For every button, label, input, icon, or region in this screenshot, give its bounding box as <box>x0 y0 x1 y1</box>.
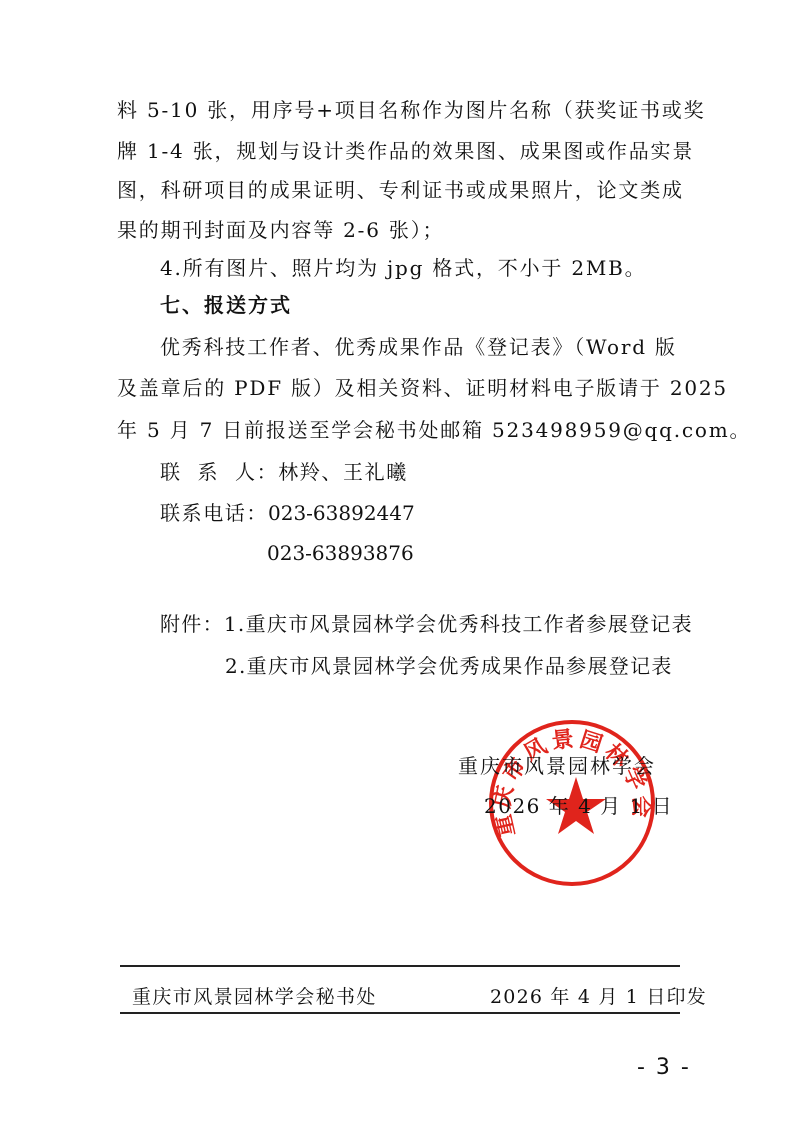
contact-person: 联 系 人：林羚、王礼曦 <box>160 452 408 492</box>
contact-person-names: 林羚、王礼曦 <box>278 460 408 484</box>
body-text-line: 果的期刊封面及内容等 2-6 张）； <box>117 210 672 250</box>
footer-issuer: 重庆市风景园林学会秘书处 <box>132 977 377 1017</box>
signature-organization: 重庆市风景园林学会 <box>458 746 656 786</box>
contact-phone-1: 023-63892447 <box>268 501 415 525</box>
attachment-item-1: 1.重庆市风景园林学会优秀科技工作者参展登记表 <box>224 612 693 636</box>
attachment-label: 附件： <box>160 612 224 636</box>
section-heading: 七、报送方式 <box>160 285 672 325</box>
contact-person-label: 联 系 人： <box>160 460 278 484</box>
body-text-line: 年 5 月 7 日前报送至学会秘书处邮箱 523498959@qq.com。 <box>117 410 672 450</box>
contact-phone-label: 联系电话： <box>160 501 268 525</box>
body-text-line: 及盖章后的 PDF 版）及相关资料、证明材料电子版请于 2025 <box>117 368 672 408</box>
body-text-line: 料 5-10 张，用序号+项目名称作为图片名称（获奖证书或奖 <box>117 90 672 130</box>
attachment-list: 附件：1.重庆市风景园林学会优秀科技工作者参展登记表 <box>160 604 693 644</box>
footer-top-rule <box>120 965 680 967</box>
attachment-item-2: 2.重庆市风景园林学会优秀成果作品参展登记表 <box>225 646 673 686</box>
body-text-line: 图，科研项目的成果证明、专利证书或成果照片，论文类成 <box>117 170 672 210</box>
page-number: - 3 - <box>637 1048 691 1088</box>
list-item-4: 4.所有图片、照片均为 jpg 格式，不小于 2MB。 <box>160 248 672 288</box>
contact-phone: 联系电话：023-63892447 <box>160 493 415 533</box>
signature-date: 2026 年 4 月 1 日 <box>484 786 673 826</box>
footer-issue-date: 2026 年 4 月 1 日印发 <box>490 977 707 1017</box>
body-text-line: 牌 1-4 张，规划与设计类作品的效果图、成果图或作品实景 <box>117 131 672 171</box>
contact-phone-2: 023-63893876 <box>267 533 414 573</box>
footer-bottom-rule <box>120 1012 680 1014</box>
body-text-line: 优秀科技工作者、优秀成果作品《登记表》（Word 版 <box>160 327 672 367</box>
